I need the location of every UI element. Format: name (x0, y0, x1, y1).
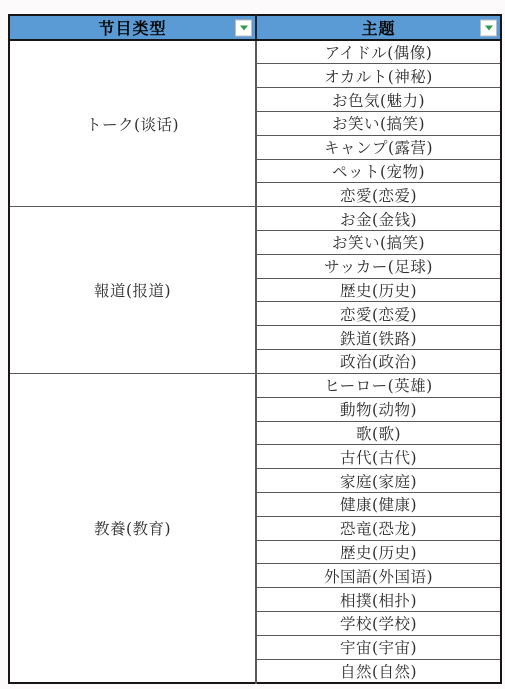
program-type-cell[interactable]: 報道(报道) (9, 207, 256, 374)
theme-cell[interactable]: 外国語(外国语) (256, 564, 501, 588)
dropdown-arrow-icon (240, 25, 248, 30)
header-cell-program-type[interactable]: 节目类型 (9, 15, 256, 40)
theme-cell[interactable]: 相撲(相扑) (256, 588, 501, 612)
theme-cell[interactable]: お笑い(搞笑) (256, 111, 501, 135)
theme-cell[interactable]: 恋愛(恋爱) (256, 302, 501, 326)
theme-cell[interactable]: 歴史(历史) (256, 278, 501, 302)
theme-cell[interactable]: ヒーロー(英雄) (256, 373, 501, 397)
header-row: 节目类型 主题 (9, 15, 501, 40)
theme-cell[interactable]: お笑い(搞笑) (256, 231, 501, 255)
table-body: トーク(谈话)アイドル(偶像)オカルト(神秘)お色気(魅力)お笑い(搞笑)キャン… (9, 40, 501, 683)
theme-cell[interactable]: サッカー(足球) (256, 254, 501, 278)
theme-cell[interactable]: 学校(学校) (256, 612, 501, 636)
theme-cell[interactable]: オカルト(神秘) (256, 64, 501, 88)
dropdown-arrow-icon (485, 25, 493, 30)
program-type-cell[interactable]: 教養(教育) (9, 373, 256, 683)
theme-cell[interactable]: 自然(自然) (256, 659, 501, 683)
header-theme-label: 主题 (361, 19, 395, 38)
spreadsheet-table-wrapper: 节目类型 主题 トーク(谈话)アイドル(偶像)オカルト(神秘)お色気(魅力)お笑… (8, 14, 502, 684)
theme-cell[interactable]: 宇宙(宇宙) (256, 635, 501, 659)
filter-dropdown-icon[interactable] (480, 19, 497, 36)
theme-cell[interactable]: 健康(健康) (256, 492, 501, 516)
header-program-type-label: 节目类型 (98, 19, 166, 38)
program-type-cell[interactable]: トーク(谈话) (9, 40, 256, 207)
filter-dropdown-icon[interactable] (235, 19, 252, 36)
program-theme-table: 节目类型 主题 トーク(谈话)アイドル(偶像)オカルト(神秘)お色気(魅力)お笑… (8, 14, 502, 684)
theme-cell[interactable]: 歌(歌) (256, 421, 501, 445)
theme-cell[interactable]: 恋愛(恋爱) (256, 183, 501, 207)
theme-cell[interactable]: ペット(宠物) (256, 159, 501, 183)
table-row: トーク(谈话)アイドル(偶像) (9, 40, 501, 64)
table-row: 教養(教育)ヒーロー(英雄) (9, 373, 501, 397)
theme-cell[interactable]: キャンプ(露营) (256, 135, 501, 159)
theme-cell[interactable]: お金(金钱) (256, 207, 501, 231)
theme-cell[interactable]: 家庭(家庭) (256, 469, 501, 493)
theme-cell[interactable]: 鉄道(铁路) (256, 326, 501, 350)
theme-cell[interactable]: 歴史(历史) (256, 540, 501, 564)
header-cell-theme[interactable]: 主题 (256, 15, 501, 40)
theme-cell[interactable]: 動物(动物) (256, 397, 501, 421)
theme-cell[interactable]: アイドル(偶像) (256, 40, 501, 64)
theme-cell[interactable]: 政治(政治) (256, 350, 501, 374)
theme-cell[interactable]: 古代(古代) (256, 445, 501, 469)
theme-cell[interactable]: 恐竜(恐龙) (256, 516, 501, 540)
theme-cell[interactable]: お色気(魅力) (256, 88, 501, 112)
table-row: 報道(报道)お金(金钱) (9, 207, 501, 231)
